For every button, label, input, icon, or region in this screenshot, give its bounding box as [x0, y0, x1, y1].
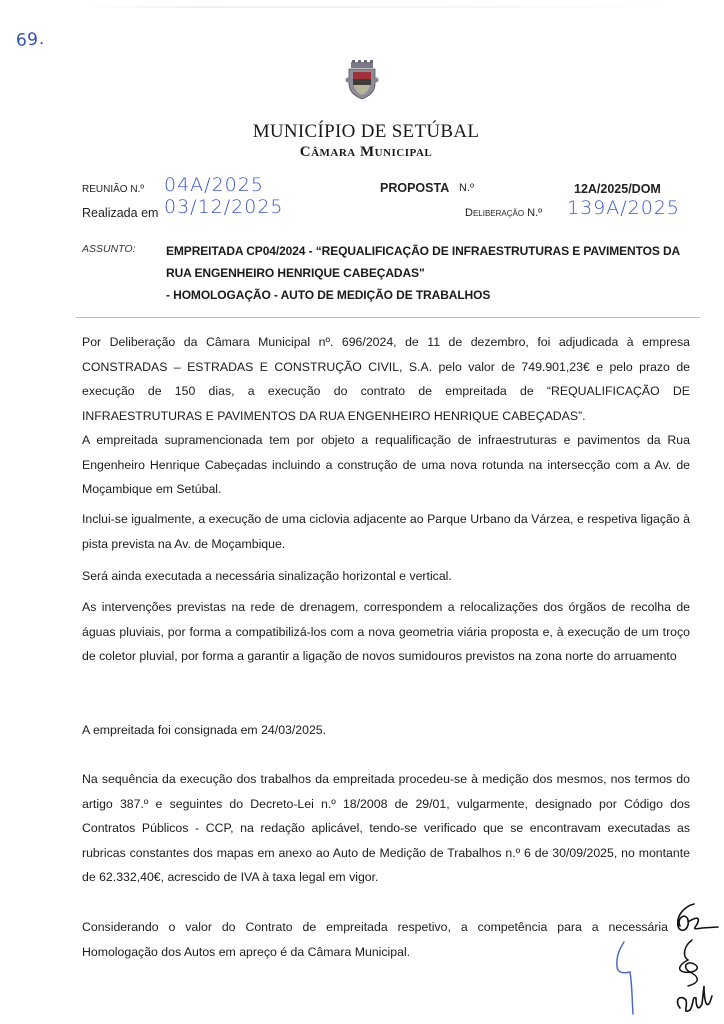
- body-paragraph-5: A empreitada foi consignada em 24/03/202…: [82, 718, 690, 743]
- paragraph-text: Inclui-se igualmente, a execução de uma …: [82, 507, 690, 556]
- subject-line: RUA ENGENHEIRO HENRIQUE CABEÇADAS": [166, 262, 696, 284]
- body-paragraph-3: Será ainda executada a necessária sinali…: [82, 564, 690, 589]
- subject-line: - HOMOLOGAÇÃO - AUTO DE MEDIÇÃO DE TRABA…: [166, 284, 696, 306]
- proposta-label: PROPOSTA: [380, 181, 449, 195]
- header-separator: [76, 317, 700, 318]
- realizada-value: 03/12/2025: [164, 196, 284, 218]
- chamber-title: Câmara Municipal: [0, 144, 724, 161]
- coat-of-arms-icon: [345, 60, 379, 100]
- body-paragraph-6: Na sequência da execução dos trabalhos d…: [82, 767, 690, 890]
- reuniao-value: 04A/2025: [164, 174, 264, 196]
- proposta-value: 12A/2025/DOM: [574, 182, 661, 196]
- paragraph-text: Por Deliberação da Câmara Municipal nº. …: [82, 330, 690, 428]
- scan-edge-artifact: [80, 6, 680, 8]
- realizada-label: Realizada em: [82, 206, 158, 220]
- subject-line: EMPREITADA CP04/2024 - “REQUALIFICAÇÃO D…: [166, 240, 696, 262]
- paragraph-text: As intervenções previstas na rede de dre…: [82, 595, 690, 669]
- body-paragraph-1: Por Deliberação da Câmara Municipal nº. …: [82, 330, 690, 502]
- paragraph-text: A empreitada foi consignada em 24/03/202…: [82, 718, 690, 743]
- deliberacao-label: Deliberação N.º: [465, 207, 542, 219]
- municipality-title: MUNICÍPIO DE SETÚBAL: [0, 121, 724, 143]
- proposta-number-label: N.º: [459, 182, 474, 194]
- paragraph-text: Considerando o valor do Contrato de empr…: [82, 915, 668, 964]
- handwritten-page-number: 69.: [15, 29, 45, 51]
- subject-label: ASSUNTO:: [82, 243, 135, 255]
- black-signature-icon: [670, 938, 716, 1020]
- body-paragraph-7: Considerando o valor do Contrato de empr…: [82, 915, 668, 964]
- initials-signature-icon: [668, 900, 722, 938]
- subject-text: EMPREITADA CP04/2024 - “REQUALIFICAÇÃO D…: [166, 240, 696, 306]
- reuniao-label: REUNIÃO N.º: [82, 184, 144, 195]
- paragraph-text: A empreitada supramencionada tem por obj…: [82, 428, 690, 502]
- blue-signature-icon: [612, 940, 638, 1016]
- body-paragraph-4: As intervenções previstas na rede de dre…: [82, 595, 690, 669]
- paragraph-text: Na sequência da execução dos trabalhos d…: [82, 767, 690, 890]
- paragraph-text: Será ainda executada a necessária sinali…: [82, 564, 690, 589]
- body-paragraph-2: Inclui-se igualmente, a execução de uma …: [82, 507, 690, 556]
- deliberacao-value: 139A/2025: [567, 197, 680, 219]
